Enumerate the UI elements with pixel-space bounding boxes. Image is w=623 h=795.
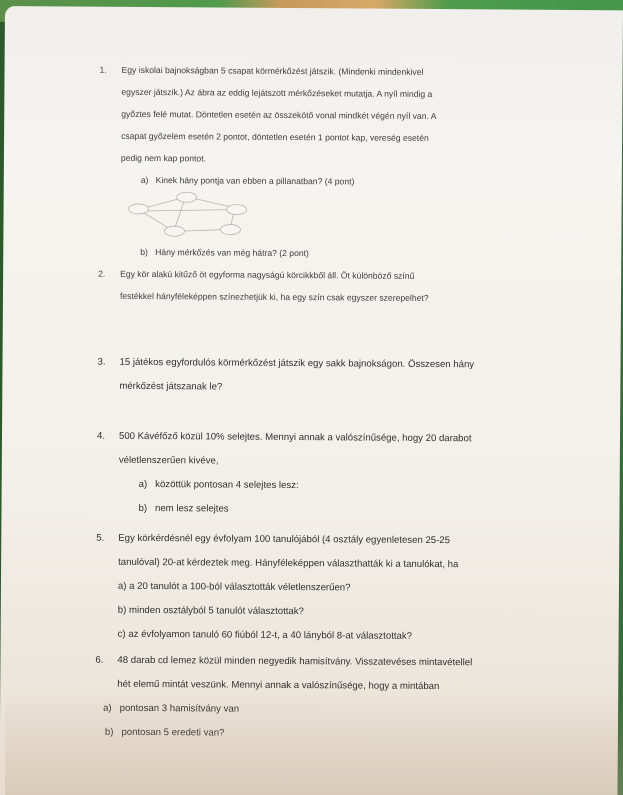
part-text: minden osztályból 5 tanulót választottak… [129,605,304,617]
part-text: Hány mérkőzés van még hátra? (2 pont) [155,247,309,258]
part-text: a 20 tanulót a 100-ból választották véle… [129,581,350,594]
tournament-graph-diagram [126,191,256,242]
paper-shadow [5,690,623,795]
question-text-line: festékkel hányféleképpen színezhetjük ki… [120,285,558,310]
question-part: b) minden osztályból 5 tanulót választot… [118,599,556,626]
question-text-line: mérkőzést játszanak le? [119,375,557,402]
graph-node [220,225,240,235]
worksheet: 1. Egy iskolai bajnokságban 5 csapat kör… [95,59,560,748]
question-2: 2. Egy kör alakú kitűző öt egyforma nagy… [98,263,558,310]
question-text-line: véletlenszerűen kivéve, [119,449,557,476]
question-text-line: tanulóval) 20-at kérdeztek meg. Hányféle… [118,551,556,578]
question-number: 4. [97,425,105,449]
graph-node [129,204,149,214]
question-part: c) az évfolyamon tanuló 60 fiúból 12-t, … [118,623,556,650]
question-part: b) nem lesz selejtes [138,497,556,524]
part-label: c) [118,629,126,640]
part-text: Kinek hány pontja van ebben a pillanatba… [156,175,355,186]
question-3: 3. 15 játékos egyfordulós körmérkőzést j… [97,351,557,402]
part-label: a) [139,479,148,490]
question-text-line: 500 Kávéfőző közül 10% selejtes. Mennyi … [119,425,557,452]
part-text: az évfolyamon tanuló 60 fiúból 12-t, a 4… [128,629,412,642]
question-text-line: Egy kör alakú kitűző öt egyforma nagyság… [120,263,558,288]
paper-sheet: 1. Egy iskolai bajnokságban 5 csapat kör… [0,6,623,795]
question-1: 1. Egy iskolai bajnokságban 5 csapat kör… [99,59,560,172]
question-text-line: 15 játékos egyfordulós körmérkőzést játs… [119,351,557,378]
question-4: 4. 500 Kávéfőző közül 10% selejtes. Menn… [97,425,557,476]
graph-node [177,192,197,202]
question-text-line: egyszer játszik.) Az ábra az eddig leját… [121,81,559,106]
graph-node [164,226,184,236]
question-part: a) Kinek hány pontja van ebben a pillana… [141,169,559,194]
part-label: b) [140,247,148,257]
question-text-line: pedig nem kap pontot. [121,147,559,172]
question-number: 5. [96,527,104,551]
question-number: 3. [97,351,105,375]
part-text: nem lesz selejtes [155,503,229,515]
question-text-line: győztes felé mutat. Döntetlen esetén az … [121,103,559,128]
part-label: b) [138,503,147,514]
part-label: b) [118,605,127,616]
question-number: 2. [98,263,105,285]
part-text: közöttük pontosan 4 selejtes lesz: [155,479,299,491]
question-5: 5. Egy körkérdésnél egy évfolyam 100 tan… [96,527,556,578]
question-text-line: 48 darab cd lemez közül minden negyedik … [117,649,555,676]
question-text-line: Egy körkérdésnél egy évfolyam 100 tanuló… [118,527,556,554]
question-text-line: csapat győzelem esetén 2 pontot, döntetl… [121,125,559,150]
question-part: a) közöttük pontosan 4 selejtes lesz: [139,473,557,500]
question-number: 1. [99,59,106,81]
question-text-line: Egy iskolai bajnokságban 5 csapat körmér… [121,59,559,84]
part-label: a) [141,175,149,185]
graph-node [227,205,247,215]
graph-svg [126,191,256,242]
question-part: b) Hány mérkőzés van még hátra? (2 pont) [140,241,558,266]
question-part: a) a 20 tanulót a 100-ból választották v… [118,575,556,602]
question-number: 6. [95,649,103,673]
part-label: a) [118,581,127,592]
